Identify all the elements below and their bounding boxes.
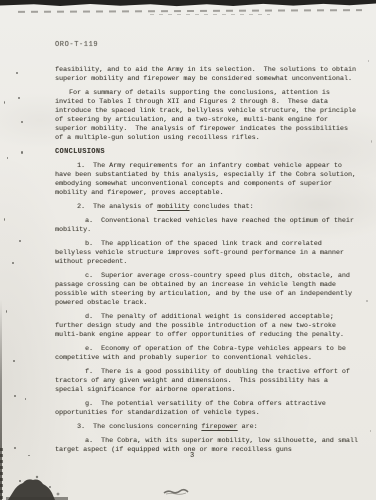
margin-speck	[6, 310, 7, 313]
margin-speck	[371, 140, 372, 143]
margin-speck	[21, 151, 23, 154]
underlined-word-firepower: firepower	[201, 423, 237, 431]
paragraph-item-2b: b. The application of the spaced link tr…	[55, 240, 359, 267]
paragraph-item-2e: e. Economy of operation of the Cobra-typ…	[55, 345, 359, 363]
margin-speck	[14, 447, 16, 449]
margin-speck	[16, 72, 18, 74]
paragraph-item-2f: f. There is a good possibility of doubli…	[55, 368, 359, 395]
document-id-stamp: ORO-T-119	[55, 41, 98, 49]
margin-speck	[19, 240, 21, 242]
margin-speck	[14, 395, 16, 397]
paragraph-item-2a: a. Conventional tracked vehicles have re…	[55, 217, 359, 235]
margin-speck	[28, 455, 30, 456]
paragraph-continuation: feasibility, and to aid the Army in its …	[55, 66, 359, 84]
margin-speck	[4, 101, 5, 104]
margin-speck	[21, 121, 23, 123]
margin-speck	[370, 430, 371, 432]
margin-speck	[12, 262, 14, 264]
paragraph-item-3: 3. The conclusions concerning firepower …	[55, 423, 359, 432]
paragraph-summary: For a summary of details supporting the …	[55, 89, 359, 143]
ink-blot	[6, 475, 68, 500]
smudge-mark	[163, 488, 189, 495]
scan-dashed-line	[18, 9, 362, 13]
page-number: 3	[190, 452, 194, 460]
scan-edge-ticks-left	[0, 448, 3, 500]
paragraph-item-2c: c. Superior average cross-country speed …	[55, 272, 359, 308]
paragraph-item-1: 1. The Army requirements for an infantry…	[55, 162, 359, 198]
paragraph-item-3a: a. The Cobra, with its superior mobility…	[55, 437, 359, 455]
paragraph-item-2: 2. The analysis of mobility concludes th…	[55, 203, 359, 212]
margin-speck	[366, 300, 368, 302]
margin-speck	[25, 398, 26, 400]
margin-speck	[4, 218, 5, 221]
underlined-word-mobility: mobility	[157, 203, 189, 211]
paragraph-item-2d: d. The penalty of additional weight is c…	[55, 313, 359, 340]
section-heading-conclusions: CONCLUSIONS	[55, 148, 359, 157]
margin-speck	[13, 360, 15, 362]
margin-speck	[7, 157, 8, 159]
scanned-document-page: ORO-T-119 feasibility, and to aid the Ar…	[0, 0, 376, 500]
paragraph-item-2g: g. The potential versatility of the Cobr…	[55, 400, 359, 418]
margin-speck	[368, 60, 369, 62]
document-body: feasibility, and to aid the Army in its …	[55, 66, 359, 460]
scan-dashed-line-secondary	[150, 14, 270, 15]
scan-edge-artifact-top	[0, 0, 376, 7]
margin-speck	[18, 97, 20, 99]
